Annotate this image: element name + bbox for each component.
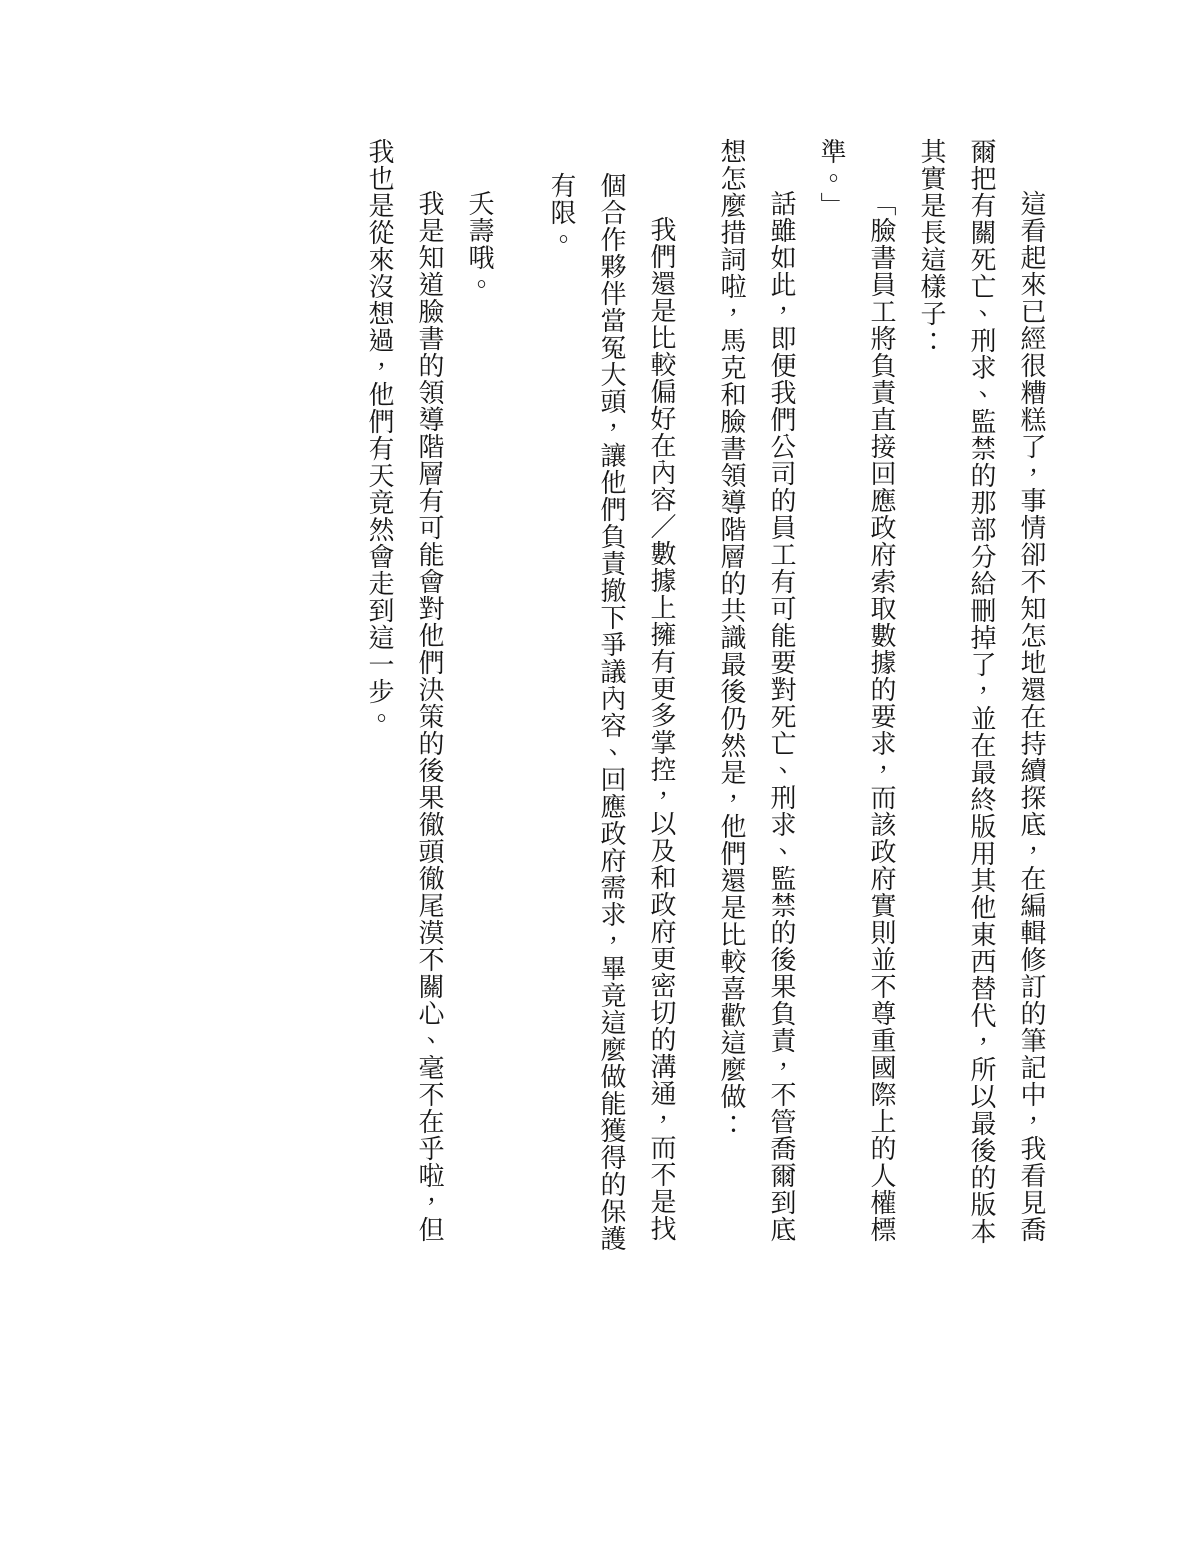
paragraph-exclamation: 夭壽哦。	[454, 138, 504, 1253]
paragraph-commentary: 話雖如此，即便我們公司的員工有可能要對死亡、刑求、監禁的後果負責，不管喬爾到底想…	[706, 138, 806, 1253]
vertical-text-flow: 這看起來已經很糟糕了，事情卻不知怎地還在持續探底，在編輯修訂的筆記中，我看見喬爾…	[354, 138, 1056, 1253]
paragraph-inline-quote: 「臉書員工將負責直接回應政府索取數據的要求，而該政府實則並不尊重國際上的人權標準…	[806, 138, 906, 1253]
book-page: 這看起來已經很糟糕了，事情卻不知怎地還在持續探底，在編輯修訂的筆記中，我看見喬爾…	[0, 0, 1200, 1553]
block-quote-leadership-position: 我們還是比較偏好在內容／數據上擁有更多掌控，以及和政府更密切的溝通，而不是找個合…	[536, 138, 686, 1253]
paragraph-closing: 我是知道臉書的領導階層有可能會對他們決策的後果徹頭徹尾漠不關心、毫不在乎啦，但我…	[354, 138, 454, 1253]
paragraph-intro: 這看起來已經很糟糕了，事情卻不知怎地還在持續探底，在編輯修訂的筆記中，我看見喬爾…	[906, 138, 1056, 1253]
